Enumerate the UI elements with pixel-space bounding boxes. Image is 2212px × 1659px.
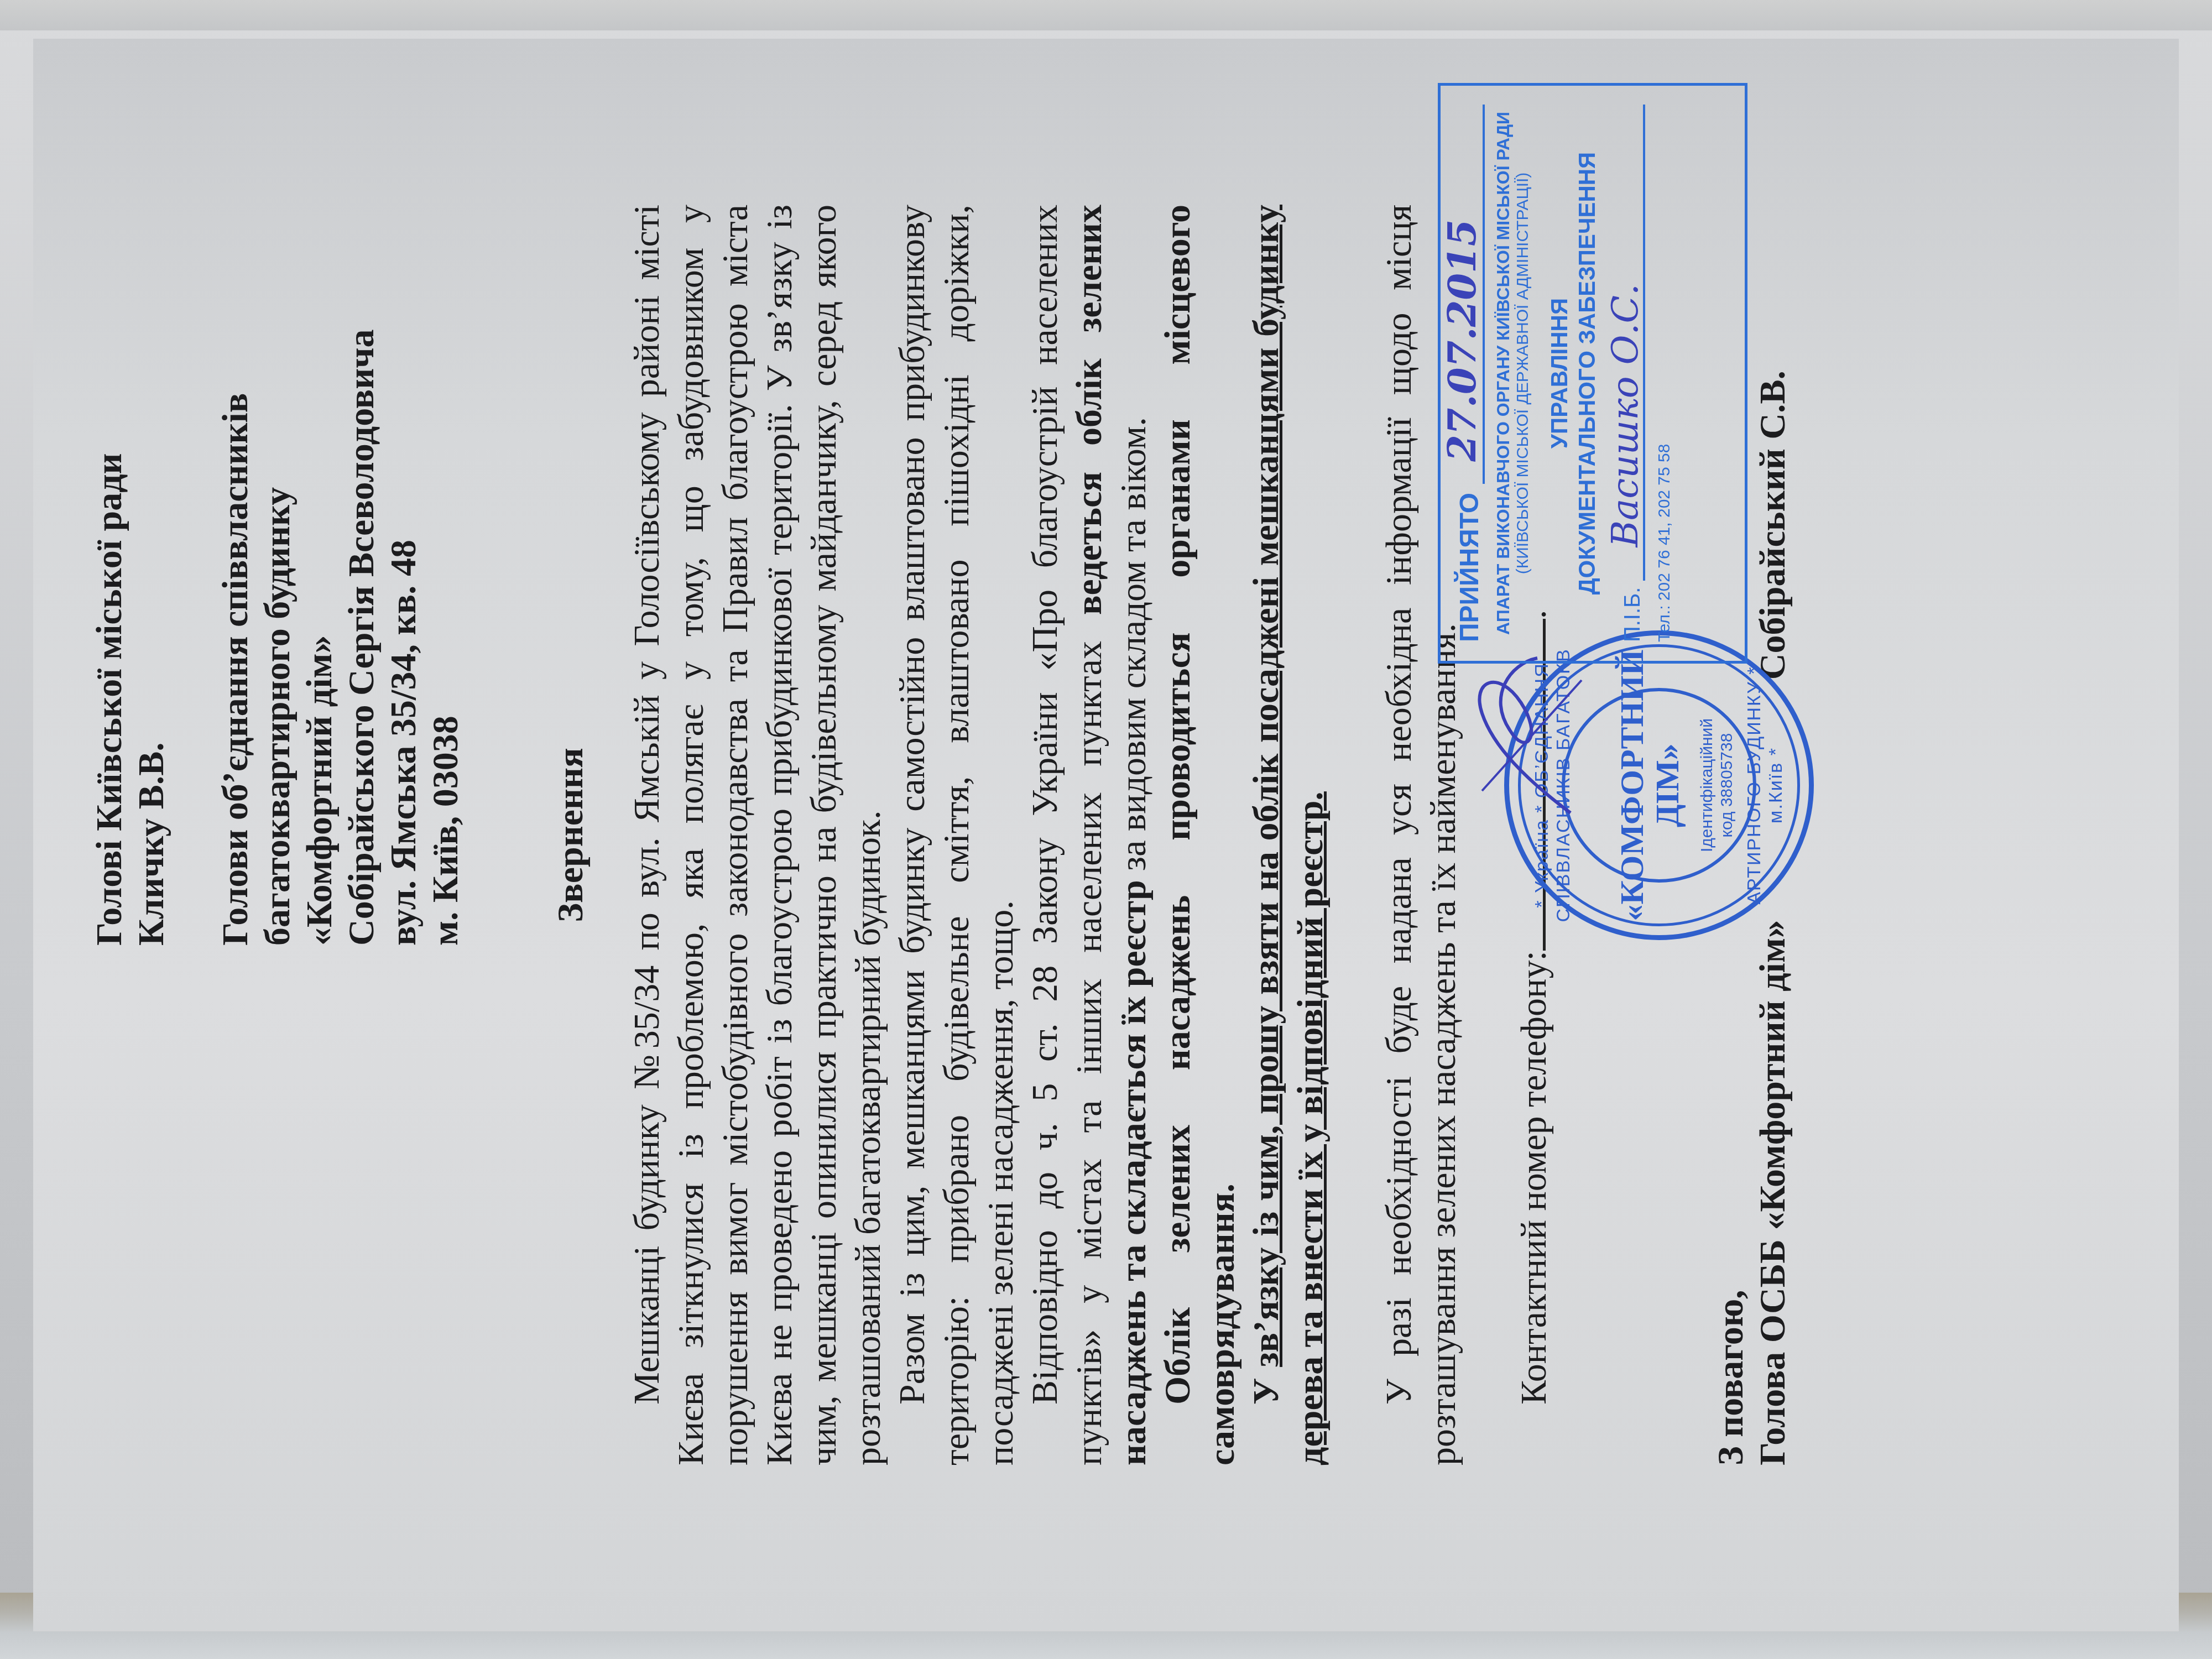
- sender-line: «Комфортний дім»: [299, 205, 341, 946]
- sender-line: м. Київ, 03038: [425, 205, 467, 946]
- paragraph-1: Мешканці будинку №35/34 по вул. Ямській …: [625, 205, 890, 1465]
- seal-id: Ідентифікаційний код 38805738: [1697, 635, 1737, 935]
- stamp-org-sub: (КИЇВСЬКОЇ МІСЬКОЇ ДЕРЖАВНОЇ АДМІНІСТРАЦ…: [1514, 105, 1532, 642]
- sender-line: вул. Ямська 35/34, кв. 48: [383, 205, 425, 946]
- stamp-pib-value: Васишко О.С.: [1604, 284, 1646, 547]
- signer-name: Собірайський С.В.: [1752, 371, 1794, 680]
- paragraph-4: Облік зелених насаджень проводиться орга…: [1156, 205, 1244, 1465]
- received-stamp: ПРИЙНЯТО 27.07.2015 АПАРАТ ВИКОНАВЧОГО О…: [1438, 83, 1747, 664]
- seal-center: «КОМФОРТНИЙ ДІМ»: [1614, 635, 1685, 935]
- seal-ring-bottom: АРТИРНОГО БУДИНКУ * м.Київ *: [1744, 635, 1787, 935]
- sender-line: багатоквартирного будинку: [257, 205, 299, 946]
- paragraph-3: Відповідно до ч. 5 ст. 28 Закону України…: [1023, 205, 1156, 1465]
- stamp-phone: Тел.: 202 76 41, 202 75 58: [1655, 105, 1674, 642]
- stamp-dept: УПРАВЛІННЯ ДОКУМЕНТАЛЬНОГО ЗАБЕЗПЕЧЕННЯ: [1546, 105, 1601, 642]
- stamp-org: АПАРАТ ВИКОНАВЧОГО ОРГАНУ КИЇВСЬКОЇ МІСЬ…: [1493, 105, 1514, 642]
- document-page: Голові Київської міської ради Кличку В.В…: [33, 39, 2179, 1631]
- paragraph-5: У зв’язку із чим, прошу взяти на облік п…: [1244, 205, 1333, 1465]
- addressee-line: Кличку В.В.: [131, 205, 173, 946]
- addressee-line: Голові Київської міської ради: [88, 205, 131, 946]
- document-title: Звернення: [550, 205, 592, 1465]
- addressee-block: Голові Київської міської ради Кличку В.В…: [88, 205, 467, 946]
- request-underlined: зв’язку із чим, прошу взяти на облік пос…: [1246, 205, 1331, 1465]
- stamp-received-label: ПРИЙНЯТО: [1454, 493, 1485, 642]
- sender-line: Собірайського Сергія Всеволодовича: [341, 205, 383, 946]
- stamp-pib-label: П.І.Б.: [1620, 587, 1645, 642]
- paragraph-2: Разом із цим, мешканцями будинку самості…: [890, 205, 1023, 1465]
- stamp-date: 27.07.2015: [1439, 219, 1485, 461]
- plastic-sleeve-top: [0, 0, 2212, 30]
- sender-line: Голови об’єднання співвласників: [215, 205, 257, 946]
- handwritten-signature: [1460, 647, 1604, 824]
